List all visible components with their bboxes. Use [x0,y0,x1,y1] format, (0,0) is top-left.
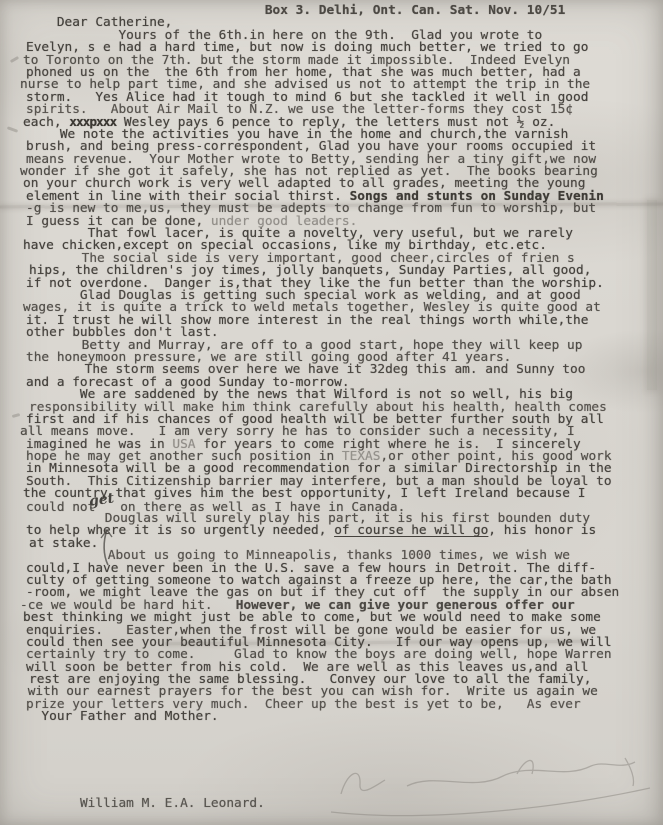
bold-text: Box 3. Delhi, Ont. Can. Sat. Nov. 10/51 [26,3,565,18]
letter-line: responsibility will make him think caref… [29,402,663,414]
text-segment: ,or other point, his good work [380,449,611,464]
text-segment: We note the activities you have in the h… [29,127,568,142]
text-segment: nurse to help part time, and she advised… [20,77,590,92]
letter-body: Box 3. Delhi, Ont. Can. Sat. Nov. 10/51 … [0,5,663,724]
handwritten-insert-get: get [89,492,116,508]
text-segment: to Toronto on the 7th. but the storm mad… [23,53,570,68]
faded-text: under good leaders. [211,214,357,229]
letter-line: About us going to Minneapolis, thanks 10… [23,550,660,562]
letter-line: prize your letters very much. Cheer up t… [26,699,663,711]
text-segment: Douglas will surely play his part, it is… [20,511,590,526]
text-segment: hips, the children's joy times, jolly ba… [29,263,591,278]
letter-line: Douglas will surely play his part, it is… [20,513,657,525]
letter-line: hope he may get another such position in… [26,451,663,463]
text-segment: The storm seems over here we have it 32d… [23,362,585,377]
text-segment: best thinking we might just be able to c… [23,610,601,625]
letter-line: wages, it is quite a trick to weld metal… [23,302,660,314]
letter-line: certainly try to come. Glad to know the … [26,649,663,661]
handwritten-signature [325,750,660,825]
letter-line: The storm seems over here we have it 32d… [23,364,660,376]
text-segment: certainly try to come. Glad to know the … [26,647,612,662]
letter-line: to Toronto on the 7th. but the storm mad… [23,55,660,67]
faded-text: TEXAS [342,449,381,464]
text-segment: hope he may get another such position in [26,449,342,464]
letter-line: all means move. I am very sorry he has t… [20,426,657,438]
signature-indent [26,796,80,811]
letter-line: Your Father and Mother. [26,711,663,723]
text-segment: prize your letters very much. Cheer up t… [26,697,581,712]
typed-signature-text: William M. E.A. Leonard. [80,796,265,811]
letter-line: We note the activities you have in the h… [29,129,663,141]
letter-line: nurse to help part time, and she advised… [20,79,657,91]
letter-line: hips, the children's joy times, jolly ba… [29,265,663,277]
letter-line: on your church work is very well adapted… [23,178,660,190]
text-segment: on your church work is very well adapted… [23,176,585,191]
typed-signature: William M. E.A. Leonard. [26,798,265,810]
text-segment: all means move. I am very sorry he has t… [20,424,575,439]
text-segment: responsibility will make him think caref… [29,400,607,415]
text-segment: wages, it is quite a trick to weld metal… [23,300,601,315]
letter-scan-page: Box 3. Delhi, Ont. Can. Sat. Nov. 10/51 … [0,0,663,825]
letter-line: best thinking we might just be able to c… [23,612,660,624]
handwritten-arrow-icon [94,527,116,571]
letter-line: to help where it is so urgently needed, … [26,525,663,537]
date-line: Box 3. Delhi, Ont. Can. Sat. Nov. 10/51 [26,5,663,17]
